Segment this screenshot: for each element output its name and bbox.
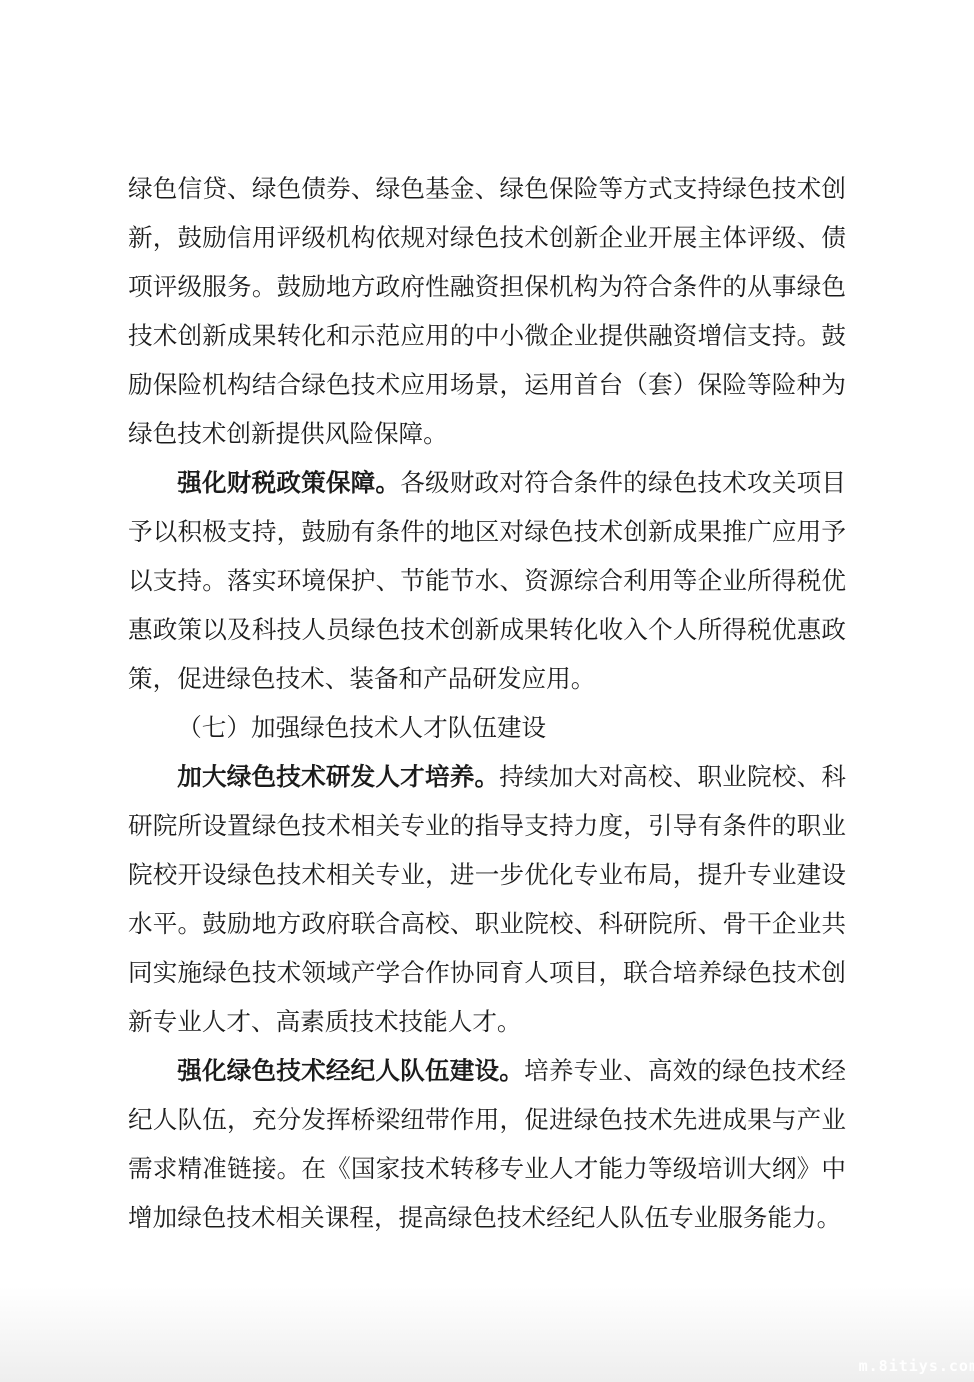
paragraph-text: 持续加大对高校、职业院校、科研院所设置绿色技术相关专业的指导支持力度，引导有条件… [128, 764, 846, 1036]
paragraph-lead: 强化财税政策保障。 [177, 470, 400, 497]
paragraph-lead: 加大绿色技术研发人才培养。 [177, 764, 499, 791]
paragraph-lead: 强化绿色技术经纪人队伍建设。 [177, 1058, 524, 1085]
footer-gradient [0, 1287, 974, 1382]
paragraph: 强化财税政策保障。各级财政对符合条件的绿色技术攻关项目予以积极支持，鼓励有条件的… [128, 459, 846, 704]
paragraph: 绿色信贷、绿色债券、绿色基金、绿色保险等方式支持绿色技术创新，鼓励信用评级机构依… [128, 165, 846, 459]
section-heading-text: （七）加强绿色技术人才队伍建设 [177, 715, 546, 742]
watermark-url: m.8itiys.com [859, 1357, 974, 1375]
document-page: 绿色信贷、绿色债券、绿色基金、绿色保险等方式支持绿色技术创新，鼓励信用评级机构依… [0, 0, 974, 1382]
paragraph-text: 各级财政对符合条件的绿色技术攻关项目予以积极支持，鼓励有条件的地区对绿色技术创新… [128, 470, 846, 693]
paragraph: 加大绿色技术研发人才培养。持续加大对高校、职业院校、科研院所设置绿色技术相关专业… [128, 753, 846, 1047]
section-heading: （七）加强绿色技术人才队伍建设 [128, 704, 846, 753]
document-body-text: 绿色信贷、绿色债券、绿色基金、绿色保险等方式支持绿色技术创新，鼓励信用评级机构依… [128, 165, 846, 1243]
paragraph: 强化绿色技术经纪人队伍建设。培养专业、高效的绿色技术经纪人队伍，充分发挥桥梁纽带… [128, 1047, 846, 1243]
paragraph-text: 绿色信贷、绿色债券、绿色基金、绿色保险等方式支持绿色技术创新，鼓励信用评级机构依… [128, 176, 846, 448]
